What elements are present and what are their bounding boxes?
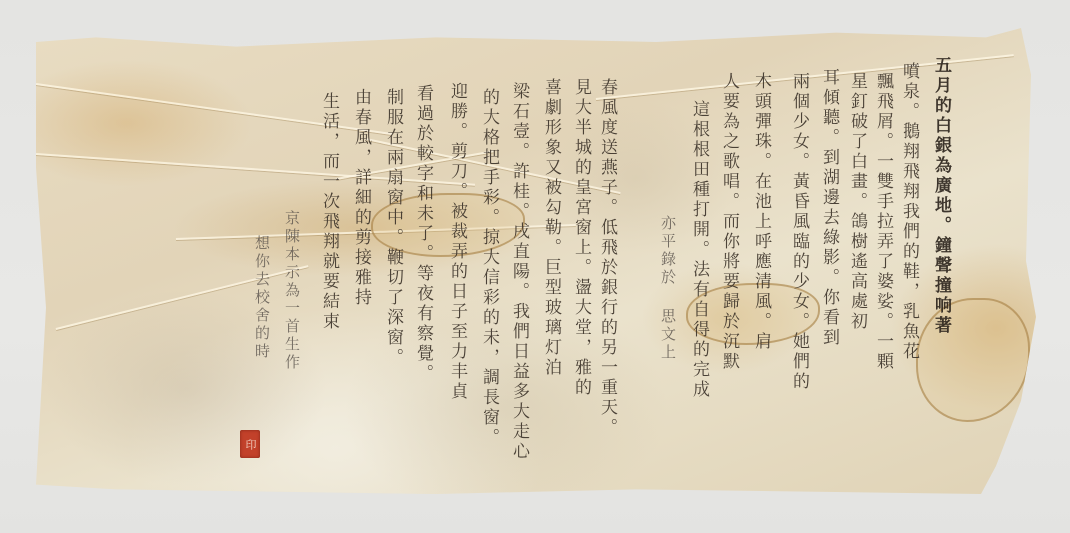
signature-line: 亦平錄於 思文上	[660, 215, 675, 362]
text-column: 星釘破了白畫。鴿樹遙高處初	[848, 72, 865, 332]
red-seal-stamp: 印	[240, 430, 260, 458]
text-column: 飄飛屑。一雙手拉弄了婆娑。一顆	[874, 72, 891, 372]
text-column: 喜劇形象又被勾勒。巨型玻璃灯泊	[542, 78, 559, 378]
text-column: 制服在兩扇窗中。鞭切了深窗。	[384, 88, 401, 368]
text-column: 這根根田種打開。法有自得的完成	[690, 100, 707, 400]
text-column: 看過於較字和未了。等夜有察覺。	[414, 84, 431, 384]
text-column: 見大半城的皇宮窗上。盪大堂，雅的	[572, 78, 589, 398]
text-column: 迎勝。剪刀。被裁弄的日子至力丰貞	[448, 82, 465, 402]
text-column: 梁石壹。許桂。戌直陽。我們日益多大走心	[510, 82, 527, 462]
text-column: 耳傾聽。到湖邊去綠影。你看到	[820, 68, 837, 348]
text-column: 人要為之歌唱。而你將要歸於沉默	[720, 72, 737, 372]
signature-line: 想你去校舍的時	[254, 235, 269, 361]
text-column: 生活，而一次飛翔就要結束	[320, 92, 337, 332]
text-column: 的大格把手彩。掠大信彩的未，調長窗。	[480, 88, 497, 448]
text-column: 五月的白銀為廣地。鐘聲撞响著	[932, 56, 949, 336]
signature-line: 京陳本示為一首生作	[284, 210, 299, 372]
text-column: 木頭彈珠。在池上呼應清風。肩	[752, 72, 769, 352]
crease-line	[36, 83, 393, 136]
text-column: 噴泉。鵝翔飛翔我們的鞋，乳魚花	[900, 62, 917, 362]
crease-line	[36, 153, 475, 187]
text-column: 兩個少女。黃昏風臨的少女。她們的	[790, 72, 807, 392]
text-column: 由春風，詳細的剪接雅持	[352, 88, 369, 308]
text-column: 春風度送燕子。低飛於銀行的另一重天。	[598, 78, 615, 438]
